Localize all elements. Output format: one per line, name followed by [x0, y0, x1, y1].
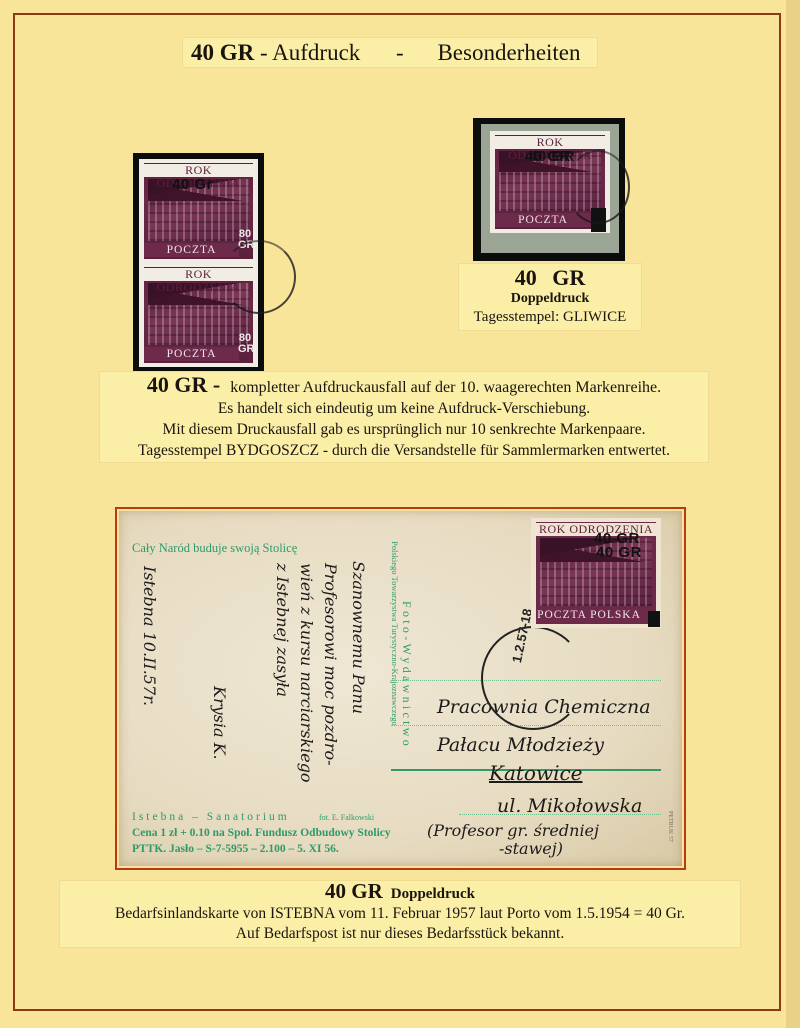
caption-value: 40 GR [459, 266, 641, 290]
address-line-3: Katowice [489, 761, 583, 785]
footer-photographer: fot. E. Falkowski [319, 813, 374, 822]
stamp-bottom-text: POCZTA POLSKA [144, 347, 239, 361]
message-line-4: z Istebnej zasyła [273, 563, 292, 697]
caption-pair-line1: kompletter Aufdruckausfall auf der 10. w… [230, 379, 661, 396]
value-blotch [648, 611, 660, 627]
message-line-3: wień z kursu narciarskiego [297, 563, 316, 783]
printer-mark: PETRUK 57 [667, 811, 673, 842]
caption-pair-line4: Tagesstempel BYDGOSZCZ - durch die Versa… [100, 440, 708, 461]
caption-card-value: 40 GR [325, 879, 383, 903]
caption-pair: 40 GR -kompletter Aufdruckausfall auf de… [100, 372, 708, 462]
stamp-value: 80 GR [238, 333, 252, 355]
page-edge [786, 0, 800, 1028]
message-line-2: Profesorowi moc pozdro- [321, 563, 340, 766]
caption-pair-value: 40 GR - [147, 372, 220, 397]
overprint-2: 40 GR [529, 148, 575, 165]
postmark-istebna [481, 626, 585, 730]
address-line-2: Pałacu Młodzieży [437, 734, 604, 756]
overprint: 40 Gr [172, 176, 213, 193]
overprint-2: 40 GR [596, 544, 642, 561]
caption-pair-line3: Mit diesem Druckausfall gab es ursprüngl… [100, 419, 708, 440]
postcard-header: Cały Naród buduje swoją Stolicę [132, 541, 297, 556]
caption-postcard: 40 GRDoppeldruck Bedarfsinlandskarte von… [60, 881, 740, 947]
message-line-1: Szanownemu Panu [349, 561, 368, 714]
publisher-subtext: Polskiego Towarzystwa Turystyczno-Krajoz… [390, 541, 400, 726]
footer-print-info: PTTK. Jasło – S-7-5955 – 2.100 – 5. XI 5… [132, 843, 339, 855]
footer-price: Cena 1 zł + 0.10 na Społ. Fundusz Odbudo… [132, 827, 391, 839]
postcard-stamp[interactable]: ROK ODRODZENIA POCZTA POLSKA 40 GR 40 GR [531, 518, 661, 628]
caption-card-line2: Auf Bedarfspost ist nur dieses Bedarfsst… [60, 924, 740, 944]
caption-card-line1: Bedarfsinlandskarte von ISTEBNA vom 11. … [60, 904, 740, 924]
postmark-bydgoszcz [222, 240, 296, 314]
title-value: 40 GR [191, 40, 254, 65]
caption-postmark: Tagesstempel: GLIWICE [459, 308, 641, 326]
address-line-5: (Profesor gr. średniej [427, 821, 599, 840]
title-aufdruck: - Aufdruck [260, 40, 360, 65]
message-place-date: Istebna 10.II.57r. [140, 566, 159, 706]
stamp-bottom-text: POCZTA POLSKA [536, 608, 642, 622]
page-title: 40 GR - Aufdruck - Besonderheiten [183, 38, 597, 67]
publisher-text: Foto-Wydawnictwo [399, 601, 414, 749]
caption-doppeldruck: 40 GR Doppeldruck Tagesstempel: GLIWICE [459, 264, 641, 330]
address-line-4: ul. Mikołowska [497, 795, 642, 817]
message-signature: Krysia K. [210, 686, 229, 760]
caption-card-type: Doppeldruck [391, 886, 475, 902]
postmark-gliwice [566, 150, 630, 224]
caption-pair-line2: Es handelt sich eindeutig um keine Aufdr… [100, 398, 708, 419]
footer-place: Istebna – Sanatorium [132, 811, 290, 823]
address-line-6: -stawej) [499, 839, 563, 858]
title-separator: - [396, 38, 404, 67]
stamp-bottom-text: POCZTA POLSKA [144, 243, 239, 257]
title-subtitle: Besonderheiten [437, 40, 580, 65]
caption-type: Doppeldruck [459, 290, 641, 308]
postcard[interactable]: Cały Naród buduje swoją Stolicę Foto-Wyd… [119, 511, 682, 866]
